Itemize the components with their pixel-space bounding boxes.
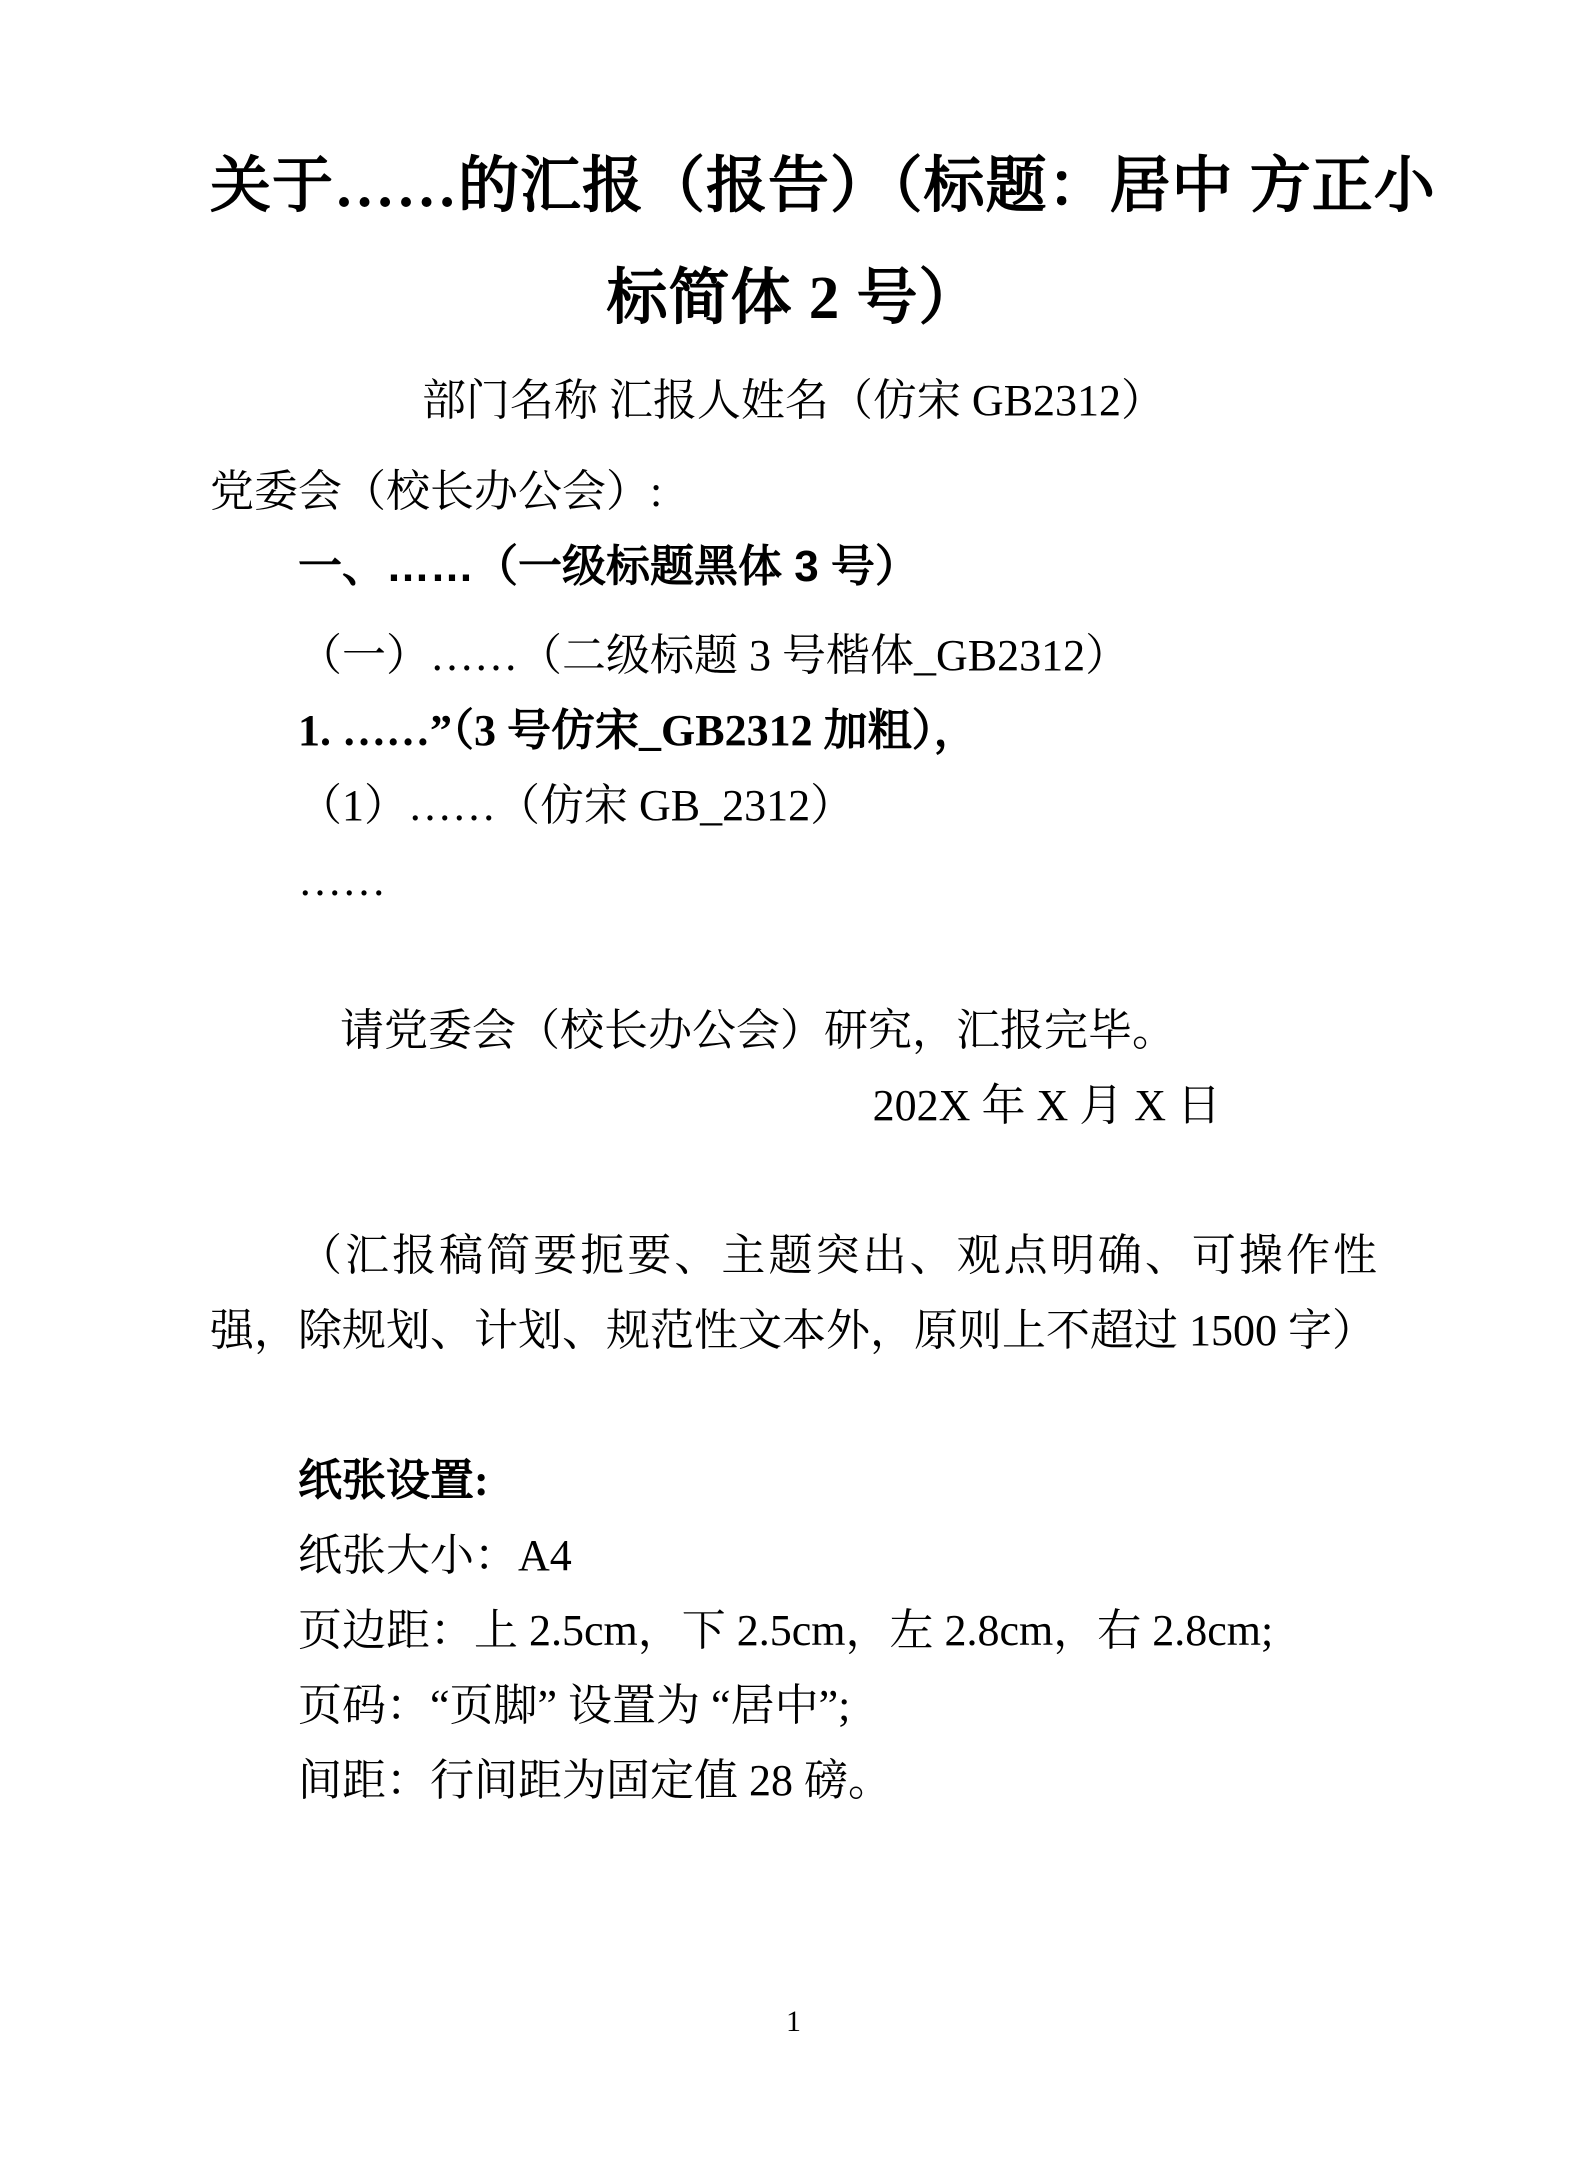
blank-line bbox=[210, 918, 1377, 993]
page-margins-line: 页边距：上 2.5cm，下 2.5cm，左 2.8cm，右 2.8cm; bbox=[210, 1593, 1377, 1668]
heading-level-1: 一、……（一级标题黑体 3 号） bbox=[210, 529, 1377, 604]
document-title: 关于……的汇报（报告）（标题：居中 方正小 标简体 2 号） bbox=[210, 131, 1377, 355]
document-content: 关于……的汇报（报告）（标题：居中 方正小 标简体 2 号） 部门名称 汇报人姓… bbox=[0, 0, 1587, 1818]
closing-line: 请党委会（校长办公会）研究，汇报完毕。 bbox=[210, 993, 1377, 1068]
heading-level-4: （1）……（仿宋 GB_2312） bbox=[210, 768, 1377, 843]
signature-line: 部门名称 汇报人姓名（仿宋 GB2312） bbox=[210, 363, 1377, 438]
page-number-setting-line: 页码：“页脚” 设置为 “居中”; bbox=[210, 1668, 1377, 1743]
salutation-line: 党委会（校长办公会）: bbox=[210, 454, 1377, 529]
title-line-1: 关于……的汇报（报告）（标题：居中 方正小 bbox=[210, 131, 1377, 243]
blank-line bbox=[210, 1143, 1377, 1218]
note-paragraph: （汇报稿简要扼要、主题突出、观点明确、可操作性强，除规划、计划、规范性文本外，原… bbox=[210, 1218, 1377, 1368]
ellipsis-line: …… bbox=[210, 843, 1377, 918]
date-line: 202X 年 X 月 X 日 bbox=[210, 1068, 1377, 1143]
line-spacing-setting-line: 间距：行间距为固定值 28 磅。 bbox=[210, 1743, 1377, 1818]
document-page: 关于……的汇报（报告）（标题：居中 方正小 标简体 2 号） 部门名称 汇报人姓… bbox=[0, 0, 1587, 2172]
paper-size-line: 纸张大小：A4 bbox=[210, 1518, 1377, 1593]
title-line-2: 标简体 2 号） bbox=[210, 243, 1377, 355]
heading-level-2: （一）……（二级标题 3 号楷体_GB2312） bbox=[210, 618, 1377, 693]
blank-line bbox=[210, 1368, 1377, 1443]
paper-settings-heading: 纸张设置: bbox=[210, 1443, 1377, 1518]
heading-level-3: 1. ……”（3 号仿宋_GB2312 加粗）， bbox=[210, 693, 1377, 768]
page-footer: 1 bbox=[0, 2000, 1587, 2044]
page-number: 1 bbox=[786, 2005, 801, 2038]
